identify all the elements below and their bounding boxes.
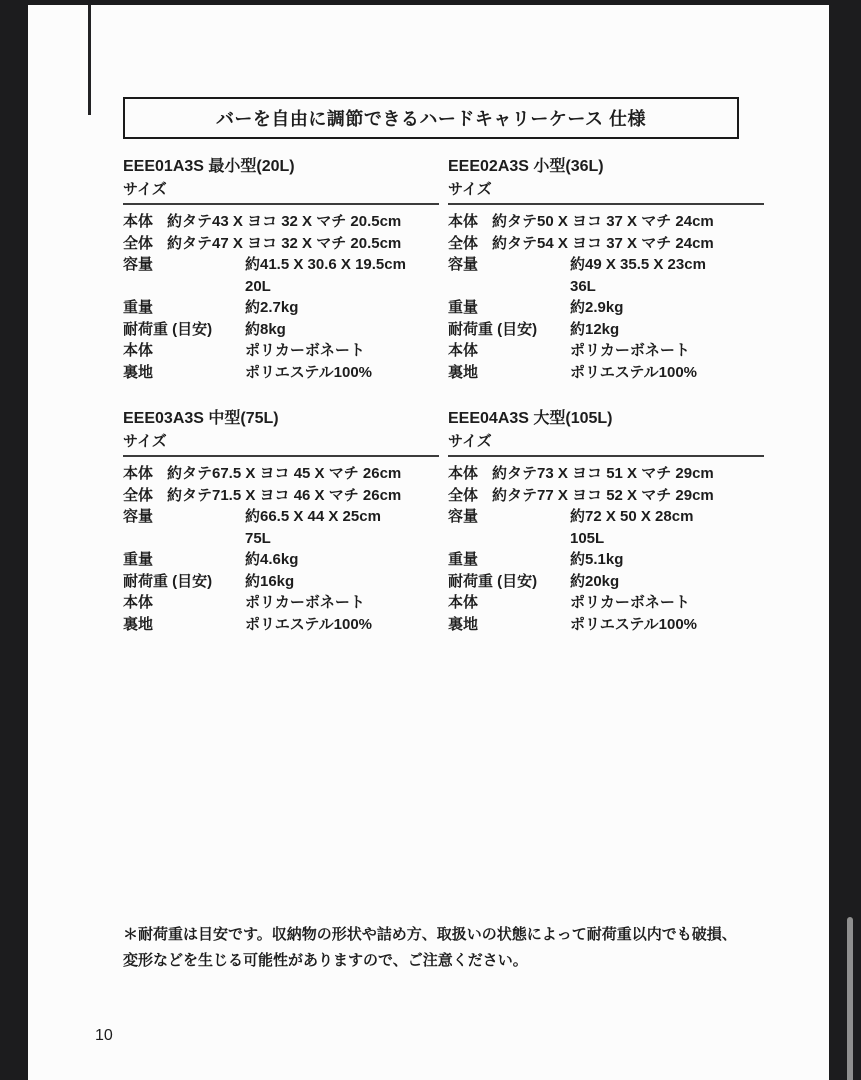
- page-number: 10: [95, 1027, 113, 1045]
- row-label: 耐荷重 (目安): [448, 319, 570, 341]
- row-value: 約5.1kg: [570, 549, 623, 571]
- spec-row: 裏地ポリエステル100%: [123, 362, 439, 384]
- row-value: 約タテ43 X ヨコ 32 X マチ 20.5cm: [167, 211, 401, 233]
- section-divider: [123, 203, 439, 205]
- row-value: ポリエステル100%: [245, 362, 372, 384]
- spec-row: 重量約2.9kg: [448, 297, 764, 319]
- row-label: [448, 276, 570, 298]
- spec-row: 本体ポリカーボネート: [123, 592, 439, 614]
- row-value: 約タテ77 X ヨコ 52 X マチ 29cm: [492, 485, 714, 507]
- spec-row: 重量約5.1kg: [448, 549, 764, 571]
- row-label: 容量: [448, 506, 570, 528]
- row-value: 約16kg: [245, 571, 294, 593]
- row-value: 約2.9kg: [570, 297, 623, 319]
- row-label: 本体: [123, 463, 167, 485]
- row-label: 本体: [448, 340, 570, 362]
- spec-row: 容量約41.5 X 30.6 X 19.5cm: [123, 254, 439, 276]
- row-label: 耐荷重 (目安): [123, 571, 245, 593]
- footnote: ＊耐荷重は目安です。収納物の形状や詰め方、取扱いの状態によって耐荷重以内でも破損…: [123, 922, 773, 974]
- row-value: ポリカーボネート: [570, 592, 690, 614]
- row-value: 約タテ71.5 X ヨコ 46 X マチ 26cm: [167, 485, 401, 507]
- row-label: 裏地: [123, 614, 245, 636]
- model-heading: EEE04A3S 大型(105L): [448, 408, 764, 430]
- row-label: 裏地: [448, 362, 570, 384]
- spec-row: 本体ポリカーボネート: [448, 592, 764, 614]
- row-label: 本体: [123, 592, 245, 614]
- spec-row: 重量約2.7kg: [123, 297, 439, 319]
- row-value: ポリカーボネート: [245, 592, 365, 614]
- row-label: 容量: [123, 506, 245, 528]
- page-edge-artifact: [88, 5, 91, 115]
- row-label: [123, 528, 245, 550]
- row-label: 裏地: [448, 614, 570, 636]
- row-label: 重量: [123, 297, 245, 319]
- section-divider: [448, 203, 764, 205]
- model-heading: EEE01A3S 最小型(20L): [123, 156, 439, 178]
- row-value: 約4.6kg: [245, 549, 298, 571]
- row-value: 105L: [570, 528, 604, 550]
- spec-row: 耐荷重 (目安)約8kg: [123, 319, 439, 341]
- spec-row: 裏地ポリエステル100%: [448, 362, 764, 384]
- row-label: 重量: [448, 297, 570, 319]
- row-value: 約2.7kg: [245, 297, 298, 319]
- size-label: サイズ: [123, 431, 439, 452]
- spec-row: 容量約49 X 35.5 X 23cm: [448, 254, 764, 276]
- spec-row: 75L: [123, 528, 439, 550]
- row-value: 20L: [245, 276, 271, 298]
- spec-row: 容量約66.5 X 44 X 25cm: [123, 506, 439, 528]
- row-label: 重量: [123, 549, 245, 571]
- row-value: 約タテ67.5 X ヨコ 45 X マチ 26cm: [167, 463, 401, 485]
- row-value: ポリカーボネート: [570, 340, 690, 362]
- spec-row: 全体約タテ54 X ヨコ 37 X マチ 24cm: [448, 233, 764, 255]
- spec-row: 耐荷重 (目安)約20kg: [448, 571, 764, 593]
- row-value: ポリエステル100%: [570, 362, 697, 384]
- spec-section-eee02a3s: EEE02A3S 小型(36L) サイズ 本体約タテ50 X ヨコ 37 X マ…: [448, 156, 764, 383]
- row-value: 約12kg: [570, 319, 619, 341]
- spec-row: 全体約タテ71.5 X ヨコ 46 X マチ 26cm: [123, 485, 439, 507]
- row-label: 全体: [448, 485, 492, 507]
- spec-row: 本体約タテ73 X ヨコ 51 X マチ 29cm: [448, 463, 764, 485]
- title-box: バーを自由に調節できるハードキャリーケース 仕様: [123, 97, 739, 139]
- row-value: 36L: [570, 276, 596, 298]
- row-label: 全体: [123, 233, 167, 255]
- row-label: 重量: [448, 549, 570, 571]
- scrollbar-thumb[interactable]: [847, 917, 853, 1080]
- row-value: 約タテ47 X ヨコ 32 X マチ 20.5cm: [167, 233, 401, 255]
- size-label: サイズ: [448, 179, 764, 200]
- row-value: 約タテ50 X ヨコ 37 X マチ 24cm: [492, 211, 714, 233]
- spec-row: 重量約4.6kg: [123, 549, 439, 571]
- row-label: 容量: [448, 254, 570, 276]
- spec-row: 耐荷重 (目安)約16kg: [123, 571, 439, 593]
- row-label: [123, 276, 245, 298]
- row-label: 本体: [448, 211, 492, 233]
- row-value: 約72 X 50 X 28cm: [570, 506, 693, 528]
- section-divider: [448, 455, 764, 457]
- spec-row: 本体約タテ67.5 X ヨコ 45 X マチ 26cm: [123, 463, 439, 485]
- row-label: [448, 528, 570, 550]
- size-label: サイズ: [448, 431, 764, 452]
- row-value: 約41.5 X 30.6 X 19.5cm: [245, 254, 406, 276]
- row-value: 約66.5 X 44 X 25cm: [245, 506, 381, 528]
- spec-row: 裏地ポリエステル100%: [123, 614, 439, 636]
- row-label: 容量: [123, 254, 245, 276]
- row-label: 全体: [123, 485, 167, 507]
- page-title: バーを自由に調節できるハードキャリーケース 仕様: [216, 105, 646, 131]
- spec-row: 20L: [123, 276, 439, 298]
- spec-row: 105L: [448, 528, 764, 550]
- model-heading: EEE03A3S 中型(75L): [123, 408, 439, 430]
- spec-row: 全体約タテ47 X ヨコ 32 X マチ 20.5cm: [123, 233, 439, 255]
- footnote-line-2: 変形などを生じる可能性がありますので、ご注意ください。: [123, 948, 773, 974]
- row-label: 本体: [123, 211, 167, 233]
- row-label: 本体: [448, 463, 492, 485]
- row-label: 耐荷重 (目安): [448, 571, 570, 593]
- spec-row: 36L: [448, 276, 764, 298]
- row-label: 本体: [448, 592, 570, 614]
- spec-row: 耐荷重 (目安)約12kg: [448, 319, 764, 341]
- row-label: 本体: [123, 340, 245, 362]
- row-value: ポリエステル100%: [245, 614, 372, 636]
- spec-row: 容量約72 X 50 X 28cm: [448, 506, 764, 528]
- row-value: 約タテ73 X ヨコ 51 X マチ 29cm: [492, 463, 714, 485]
- footnote-line-1: ＊耐荷重は目安です。収納物の形状や詰め方、取扱いの状態によって耐荷重以内でも破損…: [123, 922, 773, 948]
- row-value: ポリエステル100%: [570, 614, 697, 636]
- row-label: 全体: [448, 233, 492, 255]
- row-value: 75L: [245, 528, 271, 550]
- row-value: ポリカーボネート: [245, 340, 365, 362]
- section-divider: [123, 455, 439, 457]
- row-value: 約49 X 35.5 X 23cm: [570, 254, 706, 276]
- spec-row: 裏地ポリエステル100%: [448, 614, 764, 636]
- model-heading: EEE02A3S 小型(36L): [448, 156, 764, 178]
- spec-section-eee01a3s: EEE01A3S 最小型(20L) サイズ 本体約タテ43 X ヨコ 32 X …: [123, 156, 439, 383]
- row-value: 約タテ54 X ヨコ 37 X マチ 24cm: [492, 233, 714, 255]
- spec-section-eee04a3s: EEE04A3S 大型(105L) サイズ 本体約タテ73 X ヨコ 51 X …: [448, 408, 764, 635]
- row-value: 約8kg: [245, 319, 286, 341]
- row-value: 約20kg: [570, 571, 619, 593]
- row-label: 裏地: [123, 362, 245, 384]
- viewer-background: バーを自由に調節できるハードキャリーケース 仕様 EEE01A3S 最小型(20…: [0, 0, 861, 1080]
- size-label: サイズ: [123, 179, 439, 200]
- spec-row: 全体約タテ77 X ヨコ 52 X マチ 29cm: [448, 485, 764, 507]
- spec-row: 本体ポリカーボネート: [448, 340, 764, 362]
- spec-row: 本体約タテ50 X ヨコ 37 X マチ 24cm: [448, 211, 764, 233]
- spec-row: 本体約タテ43 X ヨコ 32 X マチ 20.5cm: [123, 211, 439, 233]
- row-label: 耐荷重 (目安): [123, 319, 245, 341]
- spec-row: 本体ポリカーボネート: [123, 340, 439, 362]
- document-page: バーを自由に調節できるハードキャリーケース 仕様 EEE01A3S 最小型(20…: [28, 5, 829, 1080]
- spec-section-eee03a3s: EEE03A3S 中型(75L) サイズ 本体約タテ67.5 X ヨコ 45 X…: [123, 408, 439, 635]
